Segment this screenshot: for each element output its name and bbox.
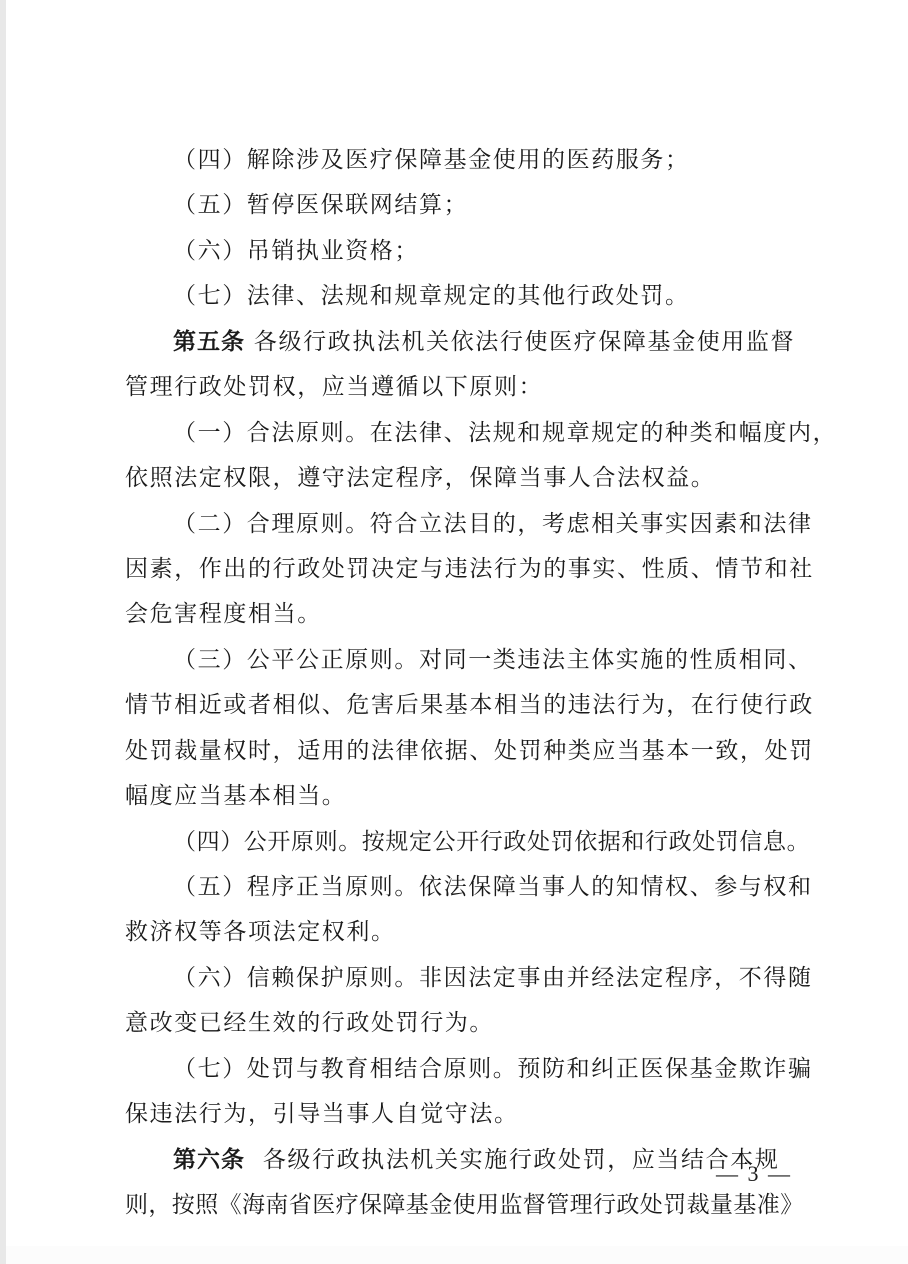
page-number: — 3 — <box>716 1161 792 1187</box>
line-text: （五）程序正当原则。依法保障当事人的知情权、参与权和 <box>173 874 813 900</box>
line-text: （四）解除涉及医疗保障基金使用的医药服务； <box>173 147 690 173</box>
principle-4-line: （四）公开原则。按规定公开行政处罚依据和行政处罚信息。 <box>125 822 790 862</box>
principle-2-line: 会危害程度相当。 <box>125 594 790 634</box>
page-bottom-edge <box>6 1246 908 1264</box>
article-6-line: 则，按照《海南省医疗保障基金使用监督管理行政处罚裁量基准》 <box>125 1185 790 1225</box>
principle-6-line: 意改变已经生效的行政处罚行为。 <box>125 1003 790 1043</box>
line-text: 救济权等各项法定权利。 <box>125 919 396 945</box>
line-text: 会危害程度相当。 <box>125 601 322 627</box>
line-text: （三）公平公正原则。对同一类违法主体实施的性质相同、 <box>173 647 813 673</box>
line-text: 依照法定权限，遵守法定程序，保障当事人合法权益。 <box>125 465 715 491</box>
list-item-7: （七）法律、法规和规章规定的其他行政处罚。 <box>125 276 790 316</box>
principle-3-line: 情节相近或者相似、危害后果基本相当的违法行为，在行使行政 <box>125 685 790 725</box>
list-item-5: （五）暂停医保联网结算； <box>125 185 790 225</box>
principle-1-line: 依照法定权限，遵守法定程序，保障当事人合法权益。 <box>125 458 790 498</box>
document-page: （四）解除涉及医疗保障基金使用的医药服务； （五）暂停医保联网结算； （六）吊销… <box>125 140 790 1231</box>
article-5-line: 管理行政处罚权，应当遵循以下原则： <box>125 367 790 407</box>
line-text: 幅度应当基本相当。 <box>125 783 346 809</box>
line-text: 意改变已经生效的行政处罚行为。 <box>125 1010 494 1036</box>
line-text: （六）信赖保护原则。非因法定事由并经法定程序，不得随 <box>173 965 813 991</box>
line-text: 因素，作出的行政处罚决定与违法行为的事实、性质、情节和社 <box>125 556 814 582</box>
principle-3-line: （三）公平公正原则。对同一类违法主体实施的性质相同、 <box>125 640 790 680</box>
principle-2-line: （二）合理原则。符合立法目的，考虑相关事实因素和法律 <box>125 504 790 544</box>
line-text: 各级行政执法机关依法行使医疗保障基金使用监督 <box>245 329 795 355</box>
principle-2-line: 因素，作出的行政处罚决定与违法行为的事实、性质、情节和社 <box>125 549 790 589</box>
line-text: 情节相近或者相似、危害后果基本相当的违法行为，在行使行政 <box>125 692 814 718</box>
article-5-line: 第五条 各级行政执法机关依法行使医疗保障基金使用监督 <box>125 322 790 362</box>
line-text: （一）合法原则。在法律、法规和规章规定的种类和幅度内， <box>173 420 837 446</box>
principle-6-line: （六）信赖保护原则。非因法定事由并经法定程序，不得随 <box>125 958 790 998</box>
line-text: （六）吊销执业资格； <box>173 238 419 264</box>
list-item-4: （四）解除涉及医疗保障基金使用的医药服务； <box>125 140 790 180</box>
principle-5-line: （五）程序正当原则。依法保障当事人的知情权、参与权和 <box>125 867 790 907</box>
list-item-6: （六）吊销执业资格； <box>125 231 790 271</box>
principle-5-line: 救济权等各项法定权利。 <box>125 912 790 952</box>
line-text: （四）公开原则。按规定公开行政处罚依据和行政处罚信息。 <box>173 829 810 855</box>
article-5-heading: 第五条 <box>173 328 245 355</box>
line-text: （七）处罚与教育相结合原则。预防和纠正医保基金欺诈骗 <box>173 1056 813 1082</box>
line-text: 则，按照《海南省医疗保障基金使用监督管理行政处罚裁量基准》 <box>125 1192 804 1218</box>
line-text: （二）合理原则。符合立法目的，考虑相关事实因素和法律 <box>173 511 813 537</box>
principle-7-line: 保违法行为，引导当事人自觉守法。 <box>125 1094 790 1134</box>
principle-3-line: 处罚裁量权时，适用的法律依据、处罚种类应当基本一致，处罚 <box>125 731 790 771</box>
line-text: 管理行政处罚权，应当遵循以下原则： <box>125 374 543 400</box>
line-text: （七）法律、法规和规章规定的其他行政处罚。 <box>173 283 690 309</box>
line-text: 保违法行为，引导当事人自觉守法。 <box>125 1101 519 1127</box>
article-6-line: 第六条 各级行政执法机关实施行政处罚，应当结合本规 <box>125 1140 790 1180</box>
line-text: 各级行政执法机关实施行政处罚，应当结合本规 <box>245 1147 779 1173</box>
principle-7-line: （七）处罚与教育相结合原则。预防和纠正医保基金欺诈骗 <box>125 1049 790 1089</box>
line-text: 处罚裁量权时，适用的法律依据、处罚种类应当基本一致，处罚 <box>125 738 814 764</box>
page-left-edge <box>0 0 6 1264</box>
article-6-heading: 第六条 <box>173 1146 245 1173</box>
principle-3-line: 幅度应当基本相当。 <box>125 776 790 816</box>
principle-1-line: （一）合法原则。在法律、法规和规章规定的种类和幅度内， <box>125 413 790 453</box>
line-text: （五）暂停医保联网结算； <box>173 192 468 218</box>
